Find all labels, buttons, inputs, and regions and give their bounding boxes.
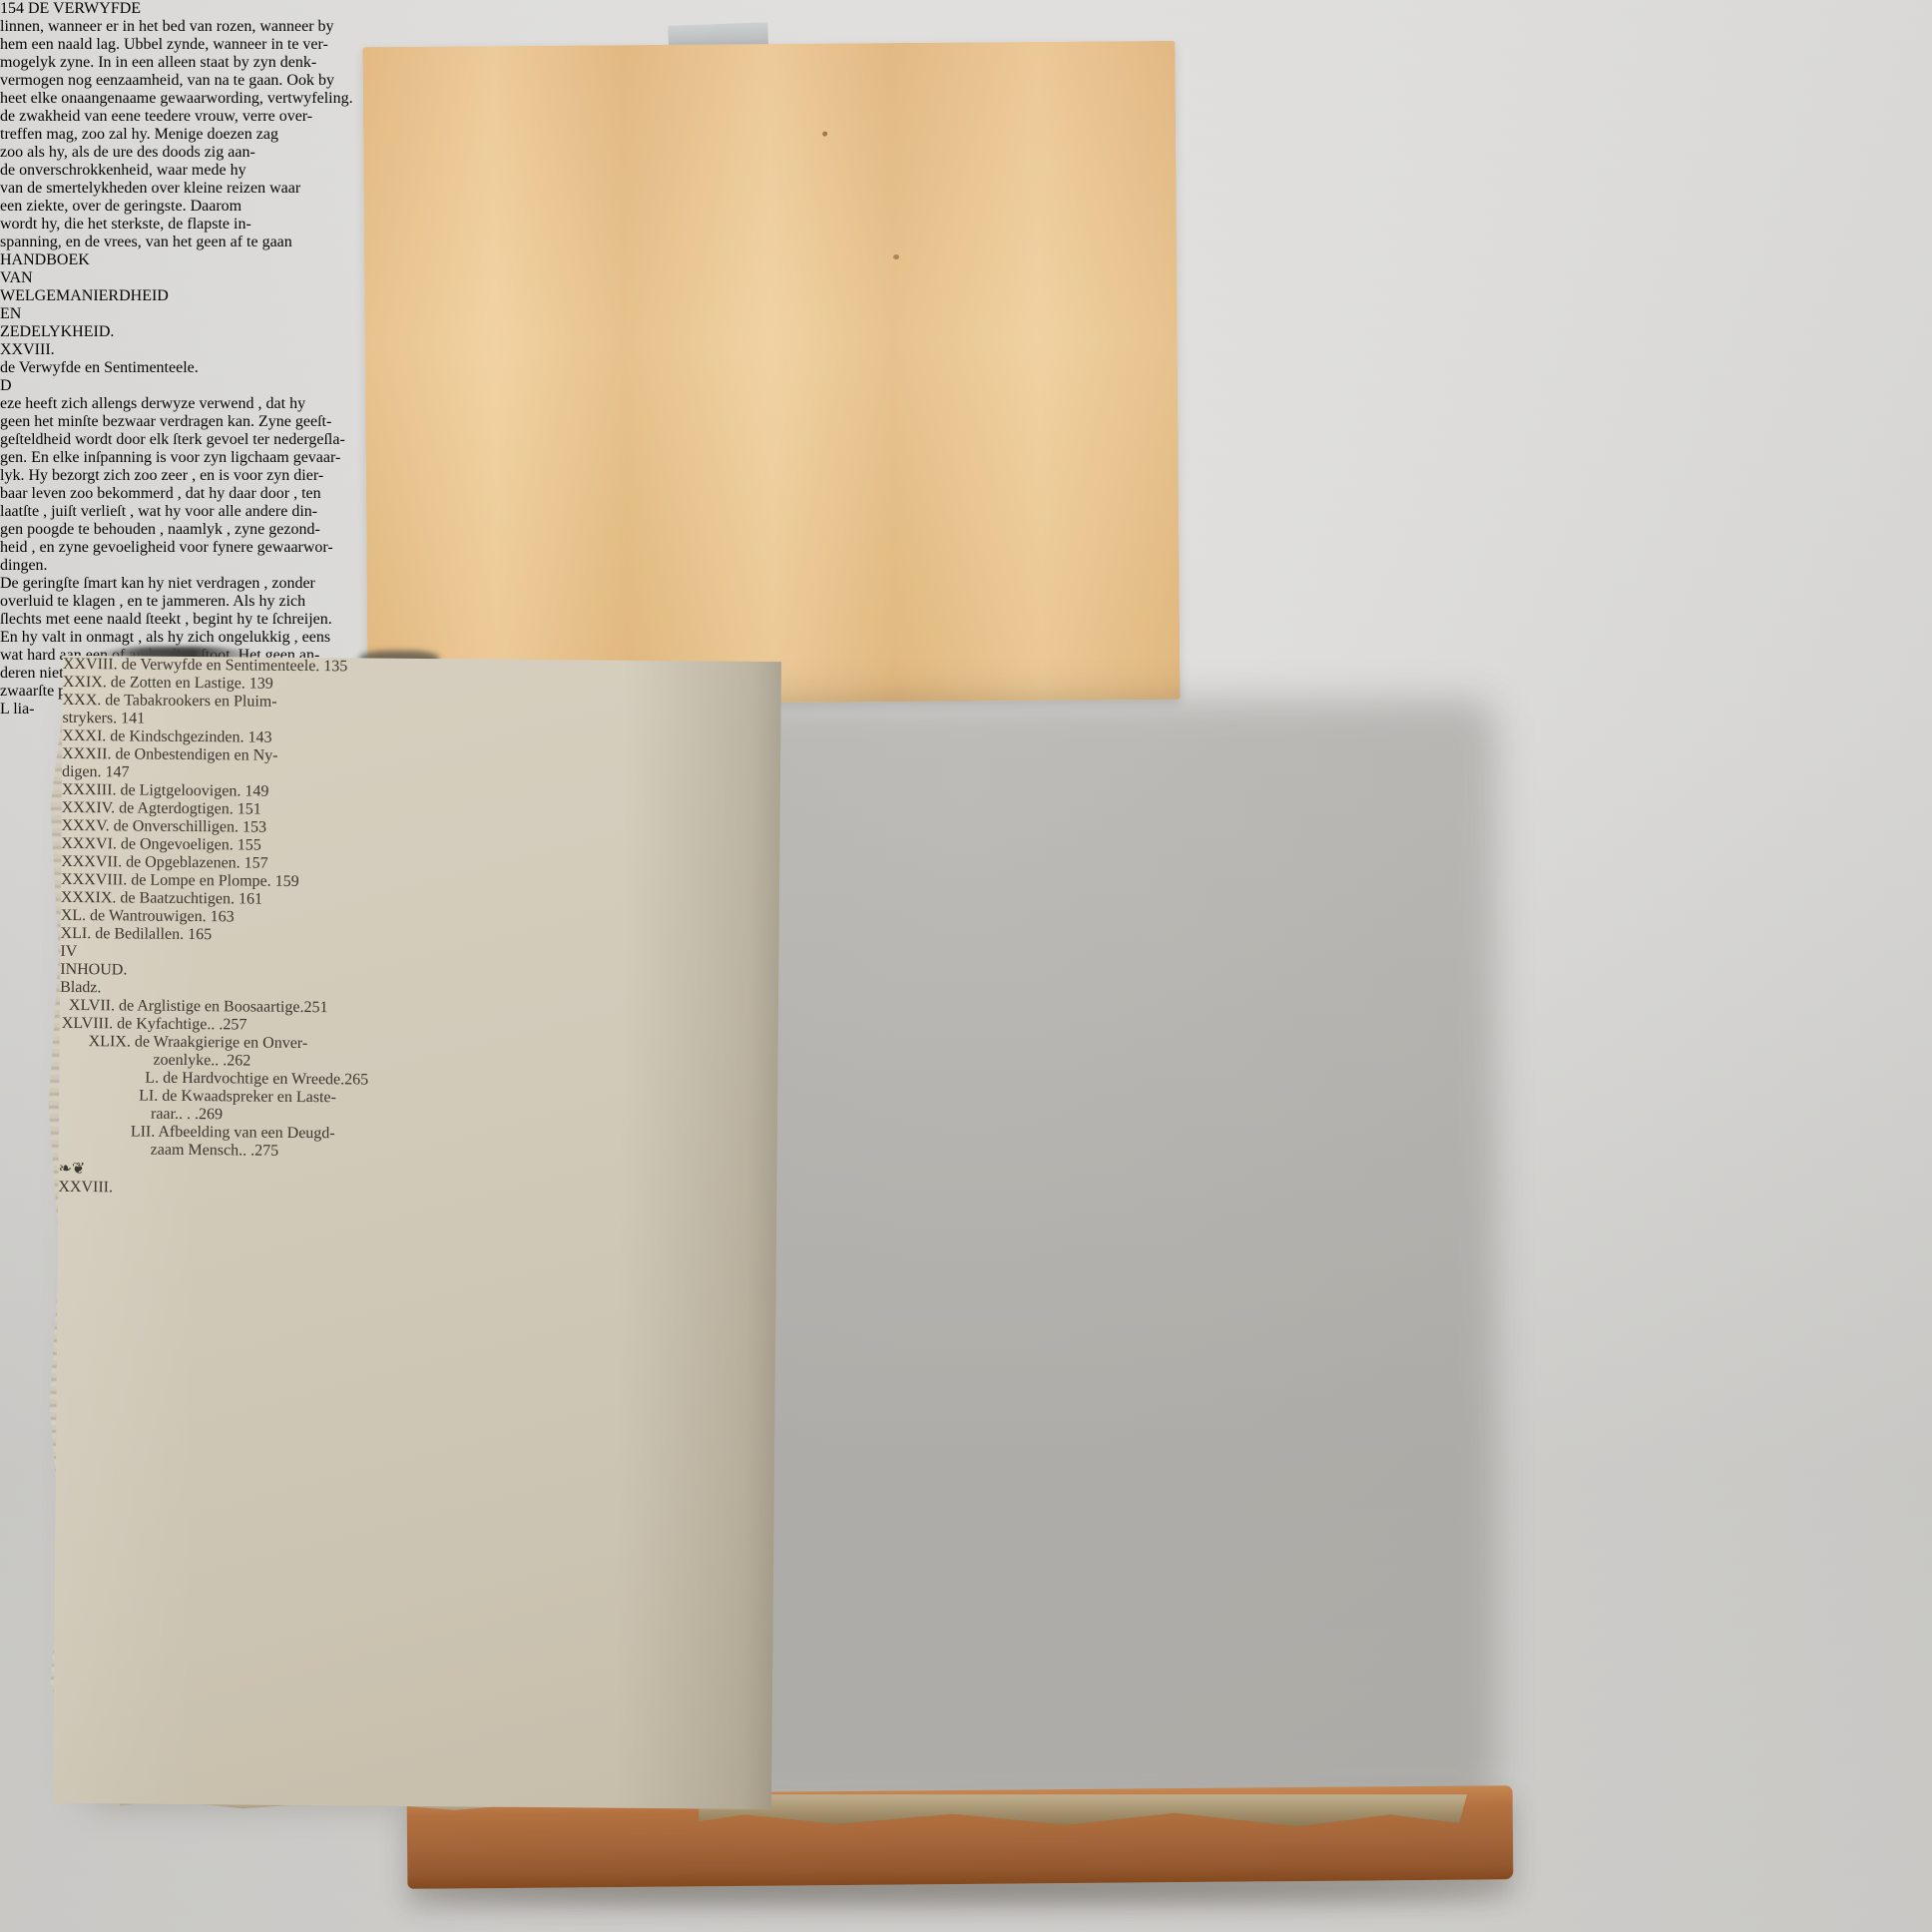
toc-dot-leader: . . . [179, 1106, 199, 1123]
show-through-text: XXVIII. de Verwyfde en Sentimenteele. 13… [61, 656, 781, 949]
toc-entry-text: L. de Hardvochtige en Wreede. [145, 1070, 344, 1089]
toc-entry-text: raar. [151, 1106, 179, 1123]
signature-mark: L [0, 701, 9, 718]
toc-dot-leader: . . [215, 1052, 227, 1069]
toc-page-number: 265 [344, 1071, 368, 1088]
toc-page-number: 262 [227, 1052, 250, 1069]
toc-dot-leader: . . [211, 1016, 223, 1033]
toc-page-number: 269 [199, 1106, 223, 1123]
toc-entry-text: zaam Mensch. [151, 1142, 243, 1160]
ghost-line: linnen, wanneer er in het bed van rozen,… [0, 18, 1932, 36]
toc-page-number: 275 [254, 1143, 278, 1160]
drop-cap: D [0, 377, 12, 394]
toc-entry-text: XLVIII. de Kyfachtige. [62, 1015, 212, 1033]
table-of-contents: XLVII. de Arglistige en Boosaartige.251X… [59, 997, 778, 1165]
toc-entry-text: zoenlyke. [153, 1052, 215, 1070]
wood-knot [893, 254, 899, 259]
wood-knot [822, 132, 827, 137]
ghost-line: 154 DE VERWYFDE [0, 0, 1932, 18]
toc-page-number: 251 [303, 999, 327, 1016]
toc-entry-text: XLVII. de Arglistige en Boosaartige. [69, 997, 304, 1016]
catchword: lia- [13, 701, 34, 718]
toc-entry-text: LI. de Kwaadspreker en Laste- [139, 1088, 336, 1107]
left-page: XXVIII. de Verwyfde en Sentimenteele. 13… [53, 656, 781, 1809]
toc-entry-text: XLIX. de Wraakgierige en Onver- [89, 1033, 308, 1052]
photo-of-open-antique-book: XXVIII. de Verwyfde en Sentimenteele. 13… [0, 0, 1932, 1932]
toc-dot-leader: . . [242, 1142, 254, 1159]
toc-page-number: 257 [223, 1016, 246, 1033]
wooden-backboard [362, 41, 1180, 706]
toc-entry-text: LII. Afbeelding van een Deugd- [131, 1123, 335, 1142]
